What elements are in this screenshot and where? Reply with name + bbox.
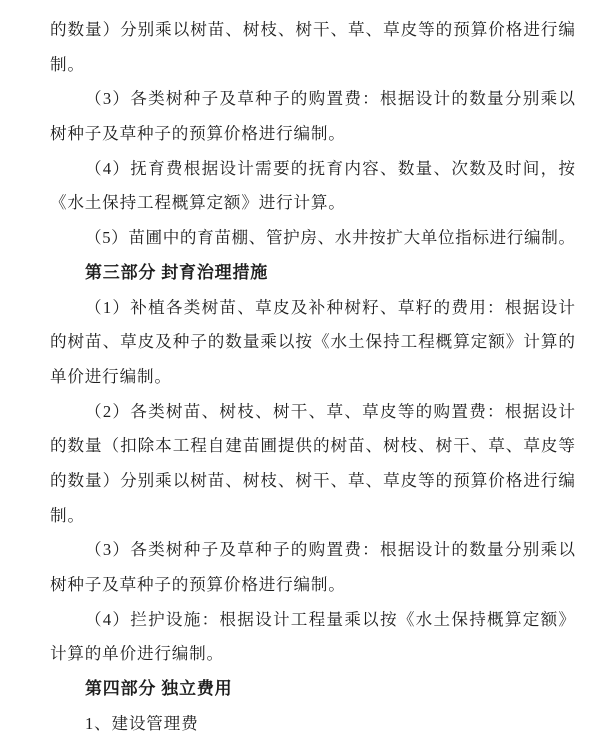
text-line: （1）补植各类树苗、草皮及补种树籽、草籽的费用：根据设计 [50,291,575,326]
text-line: 制。 [50,499,575,534]
text-line: 树种子及草种子的预算价格进行编制。 [50,117,575,152]
section-heading: 第三部分 封育治理措施 [50,256,575,291]
text-line: 的数量）分别乘以树苗、树枝、树干、草、草皮等的预算价格进行编 [50,13,575,48]
document-page: 的数量）分别乘以树苗、树枝、树干、草、草皮等的预算价格进行编制。（3）各类树种子… [0,0,598,734]
text-line: 树种子及草种子的预算价格进行编制。 [50,568,575,603]
text-line: （2）各类树苗、树枝、树干、草、草皮等的购置费：根据设计 [50,395,575,430]
text-line: 的数量）分别乘以树苗、树枝、树干、草、草皮等的预算价格进行编 [50,464,575,499]
section-heading: 第四部分 独立费用 [50,672,575,707]
text-line: 制。 [50,48,575,83]
text-line: （3）各类树种子及草种子的购置费：根据设计的数量分别乘以 [50,533,575,568]
text-line: 单价进行编制。 [50,360,575,395]
text-line: 的数量（扣除本工程自建苗圃提供的树苗、树枝、树干、草、草皮等 [50,429,575,464]
text-line: 《水土保持工程概算定额》进行计算。 [50,186,575,221]
text-line: （4）抚育费根据设计需要的抚育内容、数量、次数及时间，按 [50,152,575,187]
text-line: 的树苗、草皮及种子的数量乘以按《水土保持工程概算定额》计算的 [50,325,575,360]
text-line: 计算的单价进行编制。 [50,637,575,672]
text-line: （3）各类树种子及草种子的购置费：根据设计的数量分别乘以 [50,82,575,117]
text-line: （4）拦护设施：根据设计工程量乘以按《水土保持概算定额》 [50,603,575,638]
text-line: 1、建设管理费 [50,707,575,734]
text-line: （5）苗圃中的育苗棚、管护房、水井按扩大单位指标进行编制。 [50,221,575,256]
text-block: 的数量）分别乘以树苗、树枝、树干、草、草皮等的预算价格进行编制。（3）各类树种子… [50,13,575,734]
